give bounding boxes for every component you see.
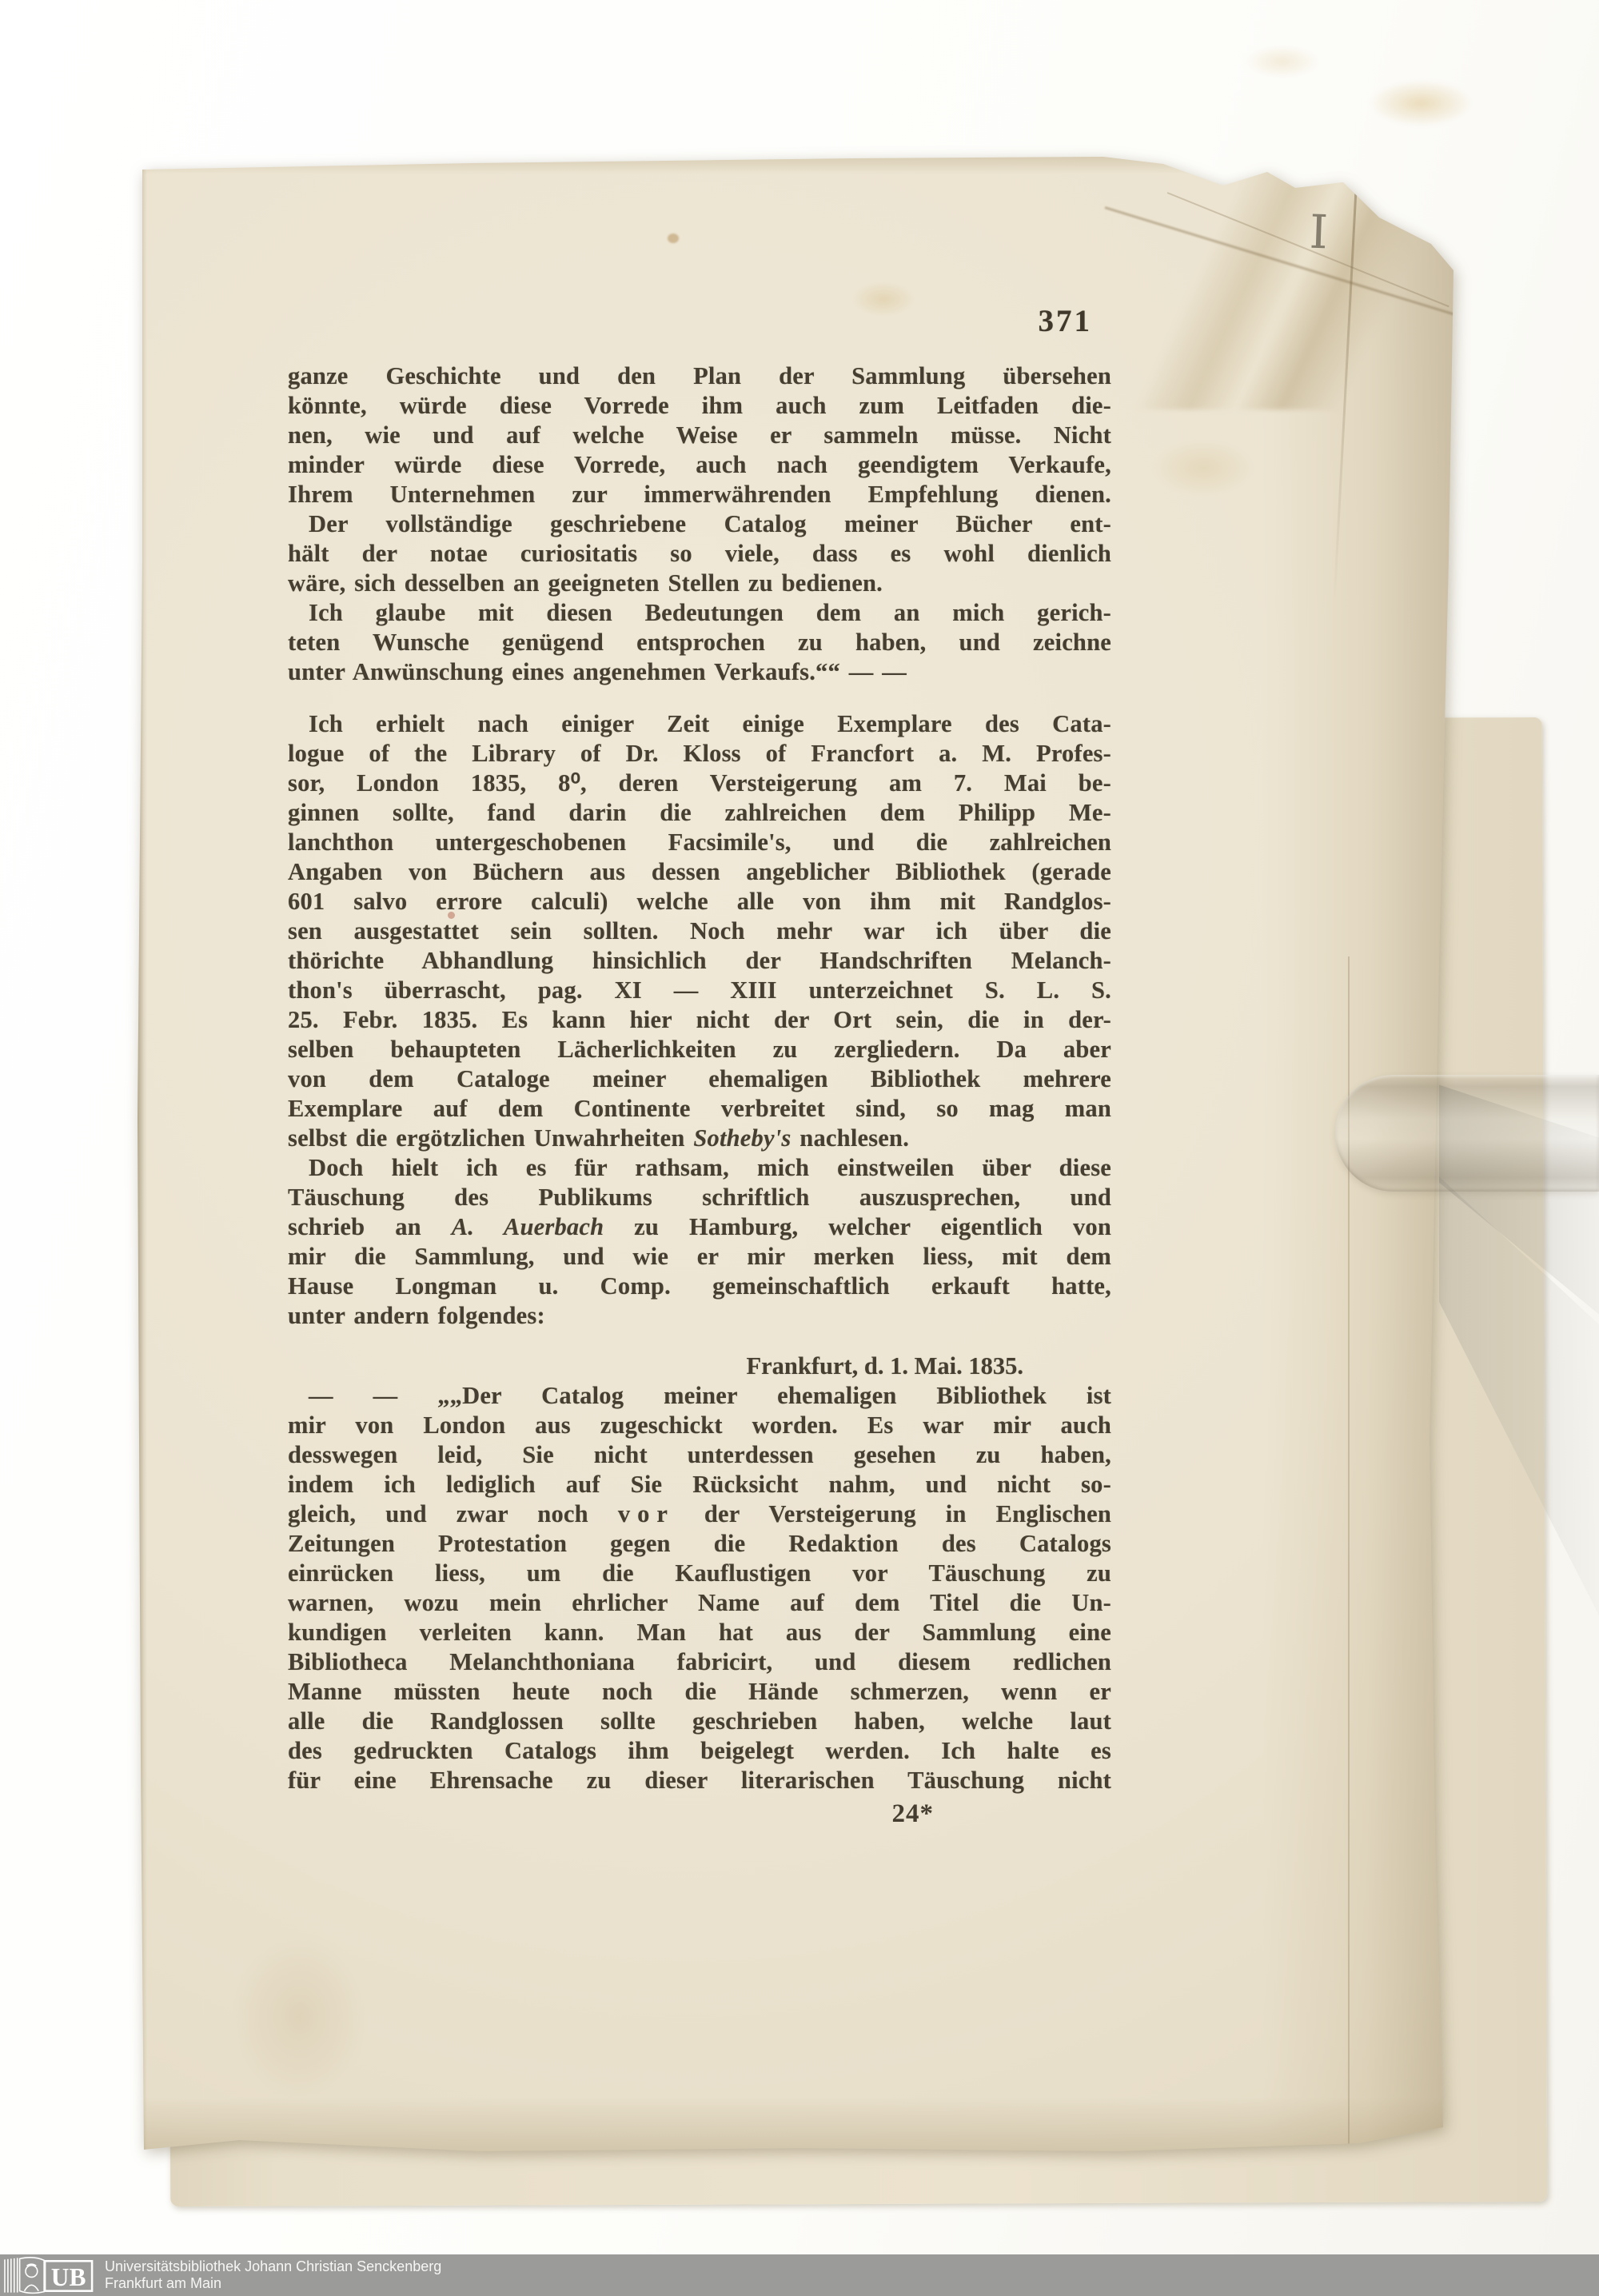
text-line: Der vollständige geschriebene Catalog me… [288, 509, 1111, 539]
library-location: Frankfurt am Main [105, 2275, 441, 2293]
paragraph: ganze Geschichte und den Plan der Sammlu… [288, 361, 1111, 509]
paragraph: Doch hielt ich es für rathsam, mich eins… [288, 1153, 1111, 1331]
text-segment: minder würde diese Vorrede, auch nach ge… [288, 451, 1111, 478]
text-line: logue of the Library of Dr. Kloss of Fra… [288, 739, 1111, 769]
text-line: warnen, wozu mein ehrlicher Name auf dem… [288, 1588, 1111, 1618]
text-line: schrieb an A. Auerbach zu Hamburg, welch… [288, 1212, 1111, 1242]
text-segment: — — „„Der Catalog meiner ehemaligen Bibl… [309, 1382, 1111, 1409]
text-segment: unter andern folgendes: [288, 1302, 545, 1329]
text-line: Täuschung des Publikums schriftlich ausz… [288, 1183, 1111, 1212]
text-line: nen, wie und auf welche Weise er sammeln… [288, 421, 1111, 450]
text-segment: Ich glaube mit diesen Bedeutungen dem an… [309, 599, 1111, 626]
dateline: Frankfurt, d. 1. Mai. 1835. [288, 1352, 1111, 1381]
text-line: Ich erhielt nach einiger Zeit einige Exe… [288, 709, 1111, 739]
text-segment: selben behaupteten Lächerlichkeiten zu z… [288, 1036, 1111, 1063]
stain [1351, 72, 1491, 134]
text-segment: Exemplare auf dem Continente verbreitet … [288, 1095, 1111, 1122]
text-line: Zeitungen Protestation gegen die Redakti… [288, 1529, 1111, 1559]
scan-background: { "page": { "number": "371", "catchword"… [0, 0, 1599, 2296]
text-segment: kundigen verleiten kann. Man hat aus der… [288, 1619, 1111, 1646]
text-line: ganze Geschichte und den Plan der Sammlu… [288, 361, 1111, 391]
text-line: wäre, sich desselben an geeigneten Stell… [288, 569, 1111, 598]
text-segment: Der vollständige geschriebene Catalog me… [309, 510, 1111, 537]
text-segment: selbst die ergötzlichen Unwahrheiten [288, 1124, 693, 1152]
portrait-shoulders-icon [25, 2285, 39, 2290]
text-line: Hause Longman u. Comp. gemeinschaftlich … [288, 1272, 1111, 1301]
text-line: von dem Cataloge meiner ehemaligen Bibli… [288, 1064, 1111, 1094]
text-line: sen ausgestattet sein sollten. Noch mehr… [288, 916, 1111, 946]
library-name: Universitätsbibliothek Johann Christian … [105, 2258, 441, 2276]
text-segment: schrieb an [288, 1213, 452, 1240]
text-line: Doch hielt ich es für rathsam, mich eins… [288, 1153, 1111, 1183]
text-line: Ihrem Unternehmen zur immerwährenden Emp… [288, 480, 1111, 509]
text-line: Exemplare auf dem Continente verbreitet … [288, 1094, 1111, 1124]
text-line: für eine Ehrensache zu dieser literarisc… [288, 1766, 1111, 1795]
text-segment: alle die Randglossen sollte geschrieben … [288, 1707, 1111, 1735]
text-line: kundigen verleiten kann. Man hat aus der… [288, 1618, 1111, 1647]
text-line: indem ich lediglich auf Sie Rücksicht na… [288, 1470, 1111, 1499]
italic-text: Sotheby's [693, 1124, 791, 1152]
text-segment: thörichte Abhandlung hinsichlich der Han… [288, 947, 1111, 974]
text-line: 25. Febr. 1835. Es kann hier nicht der O… [288, 1005, 1111, 1035]
page-left-edge [136, 157, 147, 2153]
text-segment: Ich erhielt nach einiger Zeit einige Exe… [309, 710, 1111, 737]
text-segment: Ihrem Unternehmen zur immerwährenden Emp… [288, 481, 1111, 508]
corner-crease-area [1111, 162, 1455, 409]
text-segment: Doch hielt ich es für rathsam, mich eins… [309, 1154, 1111, 1181]
text-line: des gedruckten Catalogs ihm beigelegt we… [288, 1736, 1111, 1766]
text-line: gleich, und zwar noch vor der Versteiger… [288, 1499, 1111, 1529]
text-segment: indem ich lediglich auf Sie Rücksicht na… [288, 1471, 1111, 1498]
book-cover-icon [20, 2258, 44, 2294]
paragraph: — — „„Der Catalog meiner ehemaligen Bibl… [288, 1381, 1111, 1795]
text-line: unter andern folgendes: [288, 1301, 1111, 1331]
text-line: mir von London aus zugeschickt worden. E… [288, 1411, 1111, 1440]
text-segment: könnte, würde diese Vorrede ihm auch zum… [288, 392, 1111, 419]
text-segment: einrücken liess, um die Kauflustigen vor… [288, 1559, 1111, 1587]
paragraph: Ich erhielt nach einiger Zeit einige Exe… [288, 709, 1111, 1153]
text-line: unter Anwünschung eines angenehmen Verka… [288, 657, 1111, 687]
italic-text: A. Auerbach [452, 1213, 604, 1240]
text-segment: Hause Longman u. Comp. gemeinschaftlich … [288, 1272, 1111, 1300]
text-line: Bibliotheca Melanchthoniana fabricirt, u… [288, 1647, 1111, 1677]
text-segment: sen ausgestattet sein sollten. Noch mehr… [288, 917, 1111, 944]
paragraph: Ich glaube mit diesen Bedeutungen dem an… [288, 598, 1111, 687]
text-segment: von dem Cataloge meiner ehemaligen Bibli… [288, 1065, 1111, 1092]
text-line: hält der notae curiositatis so viele, da… [288, 539, 1111, 569]
text-line: — — „„Der Catalog meiner ehemaligen Bibl… [288, 1381, 1111, 1411]
text-segment: teten Wunsche genügend entsprochen zu ha… [288, 629, 1111, 656]
text-line: desswegen leid, Sie nicht unterdessen ge… [288, 1440, 1111, 1470]
text-segment: mir die Sammlung, und wie er mir merken … [288, 1243, 1111, 1270]
paragraph: Der vollständige geschriebene Catalog me… [288, 509, 1111, 598]
text-segment: logue of the Library of Dr. Kloss of Fra… [288, 740, 1111, 767]
page-number: 371 [288, 303, 1111, 339]
text-line: einrücken liess, um die Kauflustigen vor… [288, 1559, 1111, 1588]
text-segment: mir von London aus zugeschickt worden. E… [288, 1412, 1111, 1439]
text-segment: warnen, wozu mein ehrlicher Name auf dem… [288, 1589, 1111, 1616]
text-segment: sor, London 1835, 8⁰, deren Versteigerun… [288, 769, 1111, 797]
text-segment: für eine Ehrensache zu dieser literarisc… [288, 1767, 1111, 1794]
text-line: Manne müssten heute noch die Hände schme… [288, 1677, 1111, 1707]
text-segment: Täuschung des Publikums schriftlich ausz… [288, 1184, 1111, 1211]
text-line: sor, London 1835, 8⁰, deren Versteigerun… [288, 769, 1111, 798]
text-line: könnte, würde diese Vorrede ihm auch zum… [288, 391, 1111, 421]
text-segment: Manne müssten heute noch die Hände schme… [288, 1678, 1111, 1705]
text-line: mir die Sammlung, und wie er mir merken … [288, 1242, 1111, 1272]
portrait-head-icon [26, 2266, 38, 2278]
stain [1151, 438, 1255, 497]
text-segment: lanchthon untergeschobenen Facsimile's, … [288, 829, 1111, 856]
text-line: Angaben von Büchern aus dessen angeblich… [288, 857, 1111, 887]
text-segment: wäre, sich desselben an geeigneten Stell… [288, 569, 883, 597]
text-segment: des gedruckten Catalogs ihm beigelegt we… [288, 1737, 1111, 1764]
text-line: selbst die ergötzlichen Unwahrheiten Sot… [288, 1124, 1111, 1153]
text-segment: desswegen leid, Sie nicht unterdessen ge… [288, 1441, 1111, 1468]
text-line: minder würde diese Vorrede, auch nach ge… [288, 450, 1111, 480]
text-segment: nen, wie und auf welche Weise er sammeln… [288, 421, 1111, 449]
text-segment: der Versteigerung in Englischen [675, 1500, 1111, 1527]
text-segment: 25. Febr. 1835. Es kann hier nicht der O… [288, 1006, 1111, 1033]
text-segment: ganze Geschichte und den Plan der Sammlu… [288, 362, 1111, 389]
text-segment: unter Anwünschung eines angenehmen Verka… [288, 658, 907, 685]
text-segment: Angaben von Büchern aus dessen angeblich… [288, 858, 1111, 885]
text-segment: Zeitungen Protestation gegen die Redakti… [288, 1530, 1111, 1557]
text-segment: ginnen sollte, fand darin die zahlreiche… [288, 799, 1111, 826]
text-line: selben behaupteten Lächerlichkeiten zu z… [288, 1035, 1111, 1064]
text-line: Ich glaube mit diesen Bedeutungen dem an… [288, 598, 1111, 628]
text-segment: vor [618, 1500, 675, 1527]
handwritten-mark: I [1309, 205, 1329, 260]
stain [1244, 45, 1320, 78]
text-line: 601 salvo errore calculi) welche alle vo… [288, 887, 1111, 916]
text-line: alle die Randglossen sollte geschrieben … [288, 1707, 1111, 1736]
ub-logo-text: UB [51, 2263, 86, 2291]
text-line: teten Wunsche genügend entsprochen zu ha… [288, 628, 1111, 657]
paper-top-edge-shade [136, 157, 1453, 174]
footer-bar: UB Universitätsbibliothek Johann Christi… [0, 2254, 1599, 2296]
stain [232, 1932, 368, 2100]
text-line: thörichte Abhandlung hinsichlich der Han… [288, 946, 1111, 976]
footer-text: Universitätsbibliothek Johann Christian … [105, 2258, 441, 2293]
text-block: ganze Geschichte und den Plan der Sammlu… [288, 361, 1111, 1795]
text-segment: 601 salvo errore calculi) welche alle vo… [288, 888, 1111, 915]
text-segment: Bibliotheca Melanchthoniana fabricirt, u… [288, 1648, 1111, 1675]
text-segment: zu Hamburg, welcher eigentlich von [604, 1213, 1111, 1240]
text-line: ginnen sollte, fand darin die zahlreiche… [288, 798, 1111, 828]
text-segment: hält der notae curiositatis so viele, da… [288, 540, 1111, 567]
text-segment: gleich, und zwar noch [288, 1500, 618, 1527]
plastic-strip [1335, 1075, 1599, 1192]
ub-logo: UB [2, 2256, 97, 2294]
text-segment: thon's überrascht, pag. XI — XIII unterz… [288, 976, 1111, 1004]
text-segment: nachlesen. [791, 1124, 909, 1152]
signature-mark: 24* [288, 1799, 1111, 1829]
text-line: lanchthon untergeschobenen Facsimile's, … [288, 828, 1111, 857]
stain [668, 234, 679, 243]
text-line: thon's überrascht, pag. XI — XIII unterz… [288, 976, 1111, 1005]
